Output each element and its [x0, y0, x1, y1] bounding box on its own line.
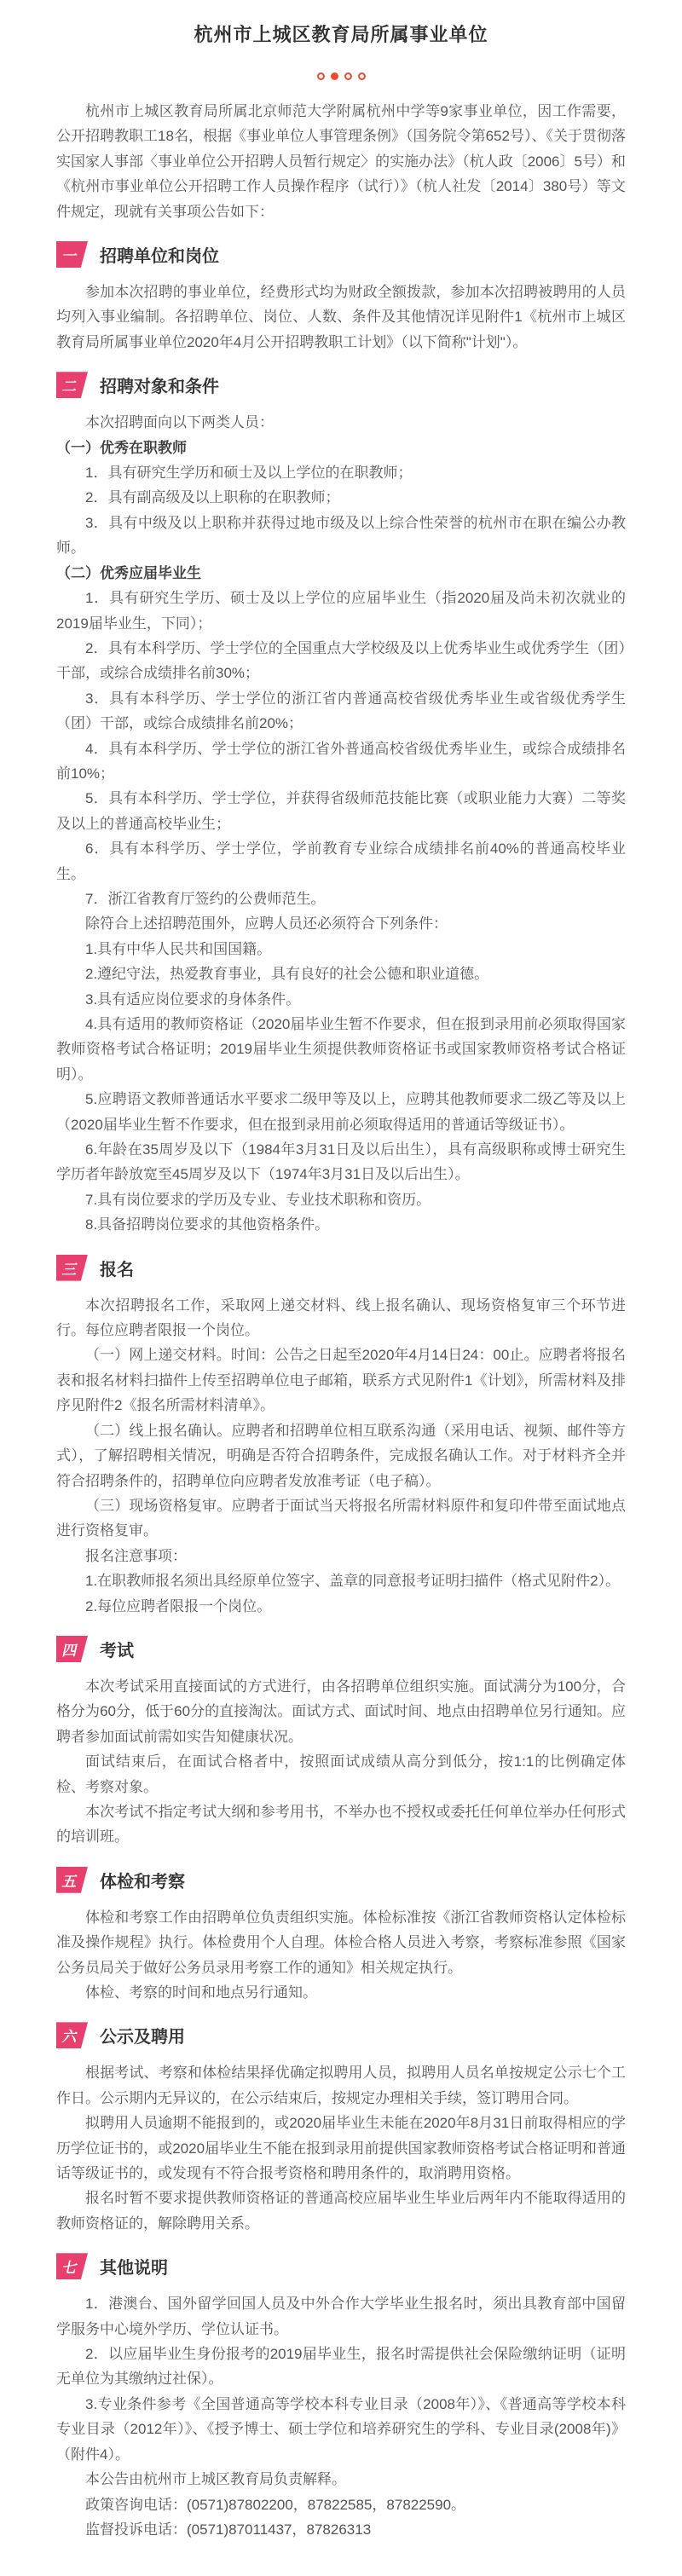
announcement-document: 杭州市上城区教育局所属事业单位 杭州市上城区教育局所属北京师范大学附属杭州中学等… [0, 0, 682, 2576]
section-header: 七 其他说明 [56, 2253, 626, 2279]
section-number-badge: 七 [56, 2253, 88, 2279]
section: 六 公示及聘用 根据考试、考察和体检结果择优确定拟聘用人员，拟聘用人员名单按规定… [56, 2022, 626, 2236]
paragraph: 1．具有研究生学历、硕士及以上学位的应届毕业生（指2020届及尚未初次就业的20… [56, 586, 626, 636]
section-title: 其他说明 [100, 2254, 168, 2279]
section: 二 招聘对象和条件 本次招聘面向以下两类人员：（一）优秀在职教师1．具有研究生学… [56, 372, 626, 1237]
section-body: 本次考试采用直接面试的方式进行，由各招聘单位组织实施。面试满分为100分，合格分… [56, 1674, 626, 1850]
sections-container: 一 招聘单位和岗位 参加本次招聘的事业单位，经费形式均为财政全额拨款，参加本次招… [56, 241, 626, 2542]
pagination-dot[interactable] [358, 72, 366, 80]
section-number: 七 [61, 2255, 79, 2277]
section: 四 考试 本次考试采用直接面试的方式进行，由各招聘单位组织实施。面试满分为100… [56, 1636, 626, 1850]
paragraph: 拟聘用人员逾期不能报到的，或2020届毕业生未能在2020年8月31日前取得相应… [56, 2111, 626, 2186]
paragraph: 参加本次招聘的事业单位，经费形式均为财政全额拨款，参加本次招聘被聘用的人员均列入… [56, 280, 626, 355]
paragraph: 报名注意事项： [56, 1544, 626, 1568]
paragraph: 3．具有本科学历、学士学位的浙江省内普通高校省级优秀毕业生或省级优秀学生（团）干… [56, 686, 626, 736]
paragraph: 体检、考察的时间和地点另行通知。 [56, 1980, 626, 2005]
section-number-badge: 四 [56, 1636, 88, 1662]
section-body: 根据考试、考察和体检结果择优确定拟聘用人员，拟聘用人员名单按规定公示七个工作日。… [56, 2060, 626, 2236]
paragraph: 本次考试不指定考试大纲和参考用书，不举办也不授权或委托任何单位举办任何形式的培训… [56, 1799, 626, 1850]
section-number: 四 [61, 1638, 79, 1660]
paragraph: 1．港澳台、国外留学回国人员及中外合作大学毕业生报名时，须出具教育部中国留学服务… [56, 2291, 626, 2342]
section-header: 四 考试 [56, 1636, 626, 1662]
paragraph: 7．浙江省教育厅签约的公费师范生。 [56, 887, 626, 911]
paragraph: 1.具有中华人民共和国国籍。 [56, 937, 626, 962]
section: 五 体检和考察 体检和考察工作由招聘单位负责组织实施。体检标准按《浙江省教师资格… [56, 1867, 626, 2006]
paragraph: 2．具有副高级及以上职称的在职教师； [56, 485, 626, 510]
paragraph: 体检和考察工作由招聘单位负责组织实施。体检标准按《浙江省教师资格认定体检标准及操… [56, 1905, 626, 1980]
section-number-badge: 六 [56, 2022, 88, 2048]
paragraph: （一）网上递交材料。时间：公告之日起至2020年4月14日24：00止。应聘者将… [56, 1343, 626, 1418]
section-header: 五 体检和考察 [56, 1867, 626, 1893]
section-number-badge: 二 [56, 372, 88, 398]
paragraph: 5.应聘语文教师普通话水平要求二级甲等及以上，应聘其他教师要求二级乙等及以上（2… [56, 1087, 626, 1137]
section-body: 1．港澳台、国外留学回国人员及中外合作大学毕业生报名时，须出具教育部中国留学服务… [56, 2291, 626, 2542]
page-title: 杭州市上城区教育局所属事业单位 [56, 20, 626, 47]
pagination-dots [56, 72, 626, 80]
section-header: 三 报名 [56, 1255, 626, 1281]
section-number: 三 [61, 1257, 79, 1279]
paragraph: 3．具有中级及以上职称并获得过地市级及以上综合性荣誉的杭州市在职在编公办教师。 [56, 511, 626, 561]
paragraph: 除符合上述招聘范围外，应聘人员还必须符合下列条件： [56, 911, 626, 936]
section-title: 考试 [100, 1637, 134, 1661]
paragraph: 2.每位应聘者限报一个岗位。 [56, 1594, 626, 1619]
section-number-badge: 一 [56, 241, 88, 268]
paragraph: 2.遵纪守法，热爱教育事业，具有良好的社会公德和职业道德。 [56, 962, 626, 986]
section: 一 招聘单位和岗位 参加本次招聘的事业单位，经费形式均为财政全额拨款，参加本次招… [56, 241, 626, 355]
paragraph: 政策咨询电话：(0571)87802200，87822585，87822590。 [56, 2492, 626, 2517]
paragraph: 本次考试采用直接面试的方式进行，由各招聘单位组织实施。面试满分为100分，合格分… [56, 1674, 626, 1749]
section-header: 六 公示及聘用 [56, 2022, 626, 2048]
pagination-dot[interactable] [331, 72, 338, 80]
paragraph: 监督投诉电话：(0571)87011437，87826313 [56, 2517, 626, 2542]
paragraph: 3.具有适应岗位要求的身体条件。 [56, 987, 626, 1012]
section-title: 招聘对象和条件 [100, 373, 219, 397]
paragraph: 4.具有适用的教师资格证（2020届毕业生暂不作要求，但在报到录用前必须取得国家… [56, 1012, 626, 1087]
paragraph: 本次招聘报名工作，采取网上递交材料、线上报名确认、现场资格复审三个环节进行。每位… [56, 1293, 626, 1343]
intro-paragraph: 杭州市上城区教育局所属北京师范大学附属杭州中学等9家事业单位，因工作需要，公开招… [56, 99, 626, 224]
section: 七 其他说明 1．港澳台、国外留学回国人员及中外合作大学毕业生报名时，须出具教育… [56, 2253, 626, 2542]
paragraph: 5．具有本科学历、学士学位，并获得省级师范技能比赛（或职业能力大赛）二等奖及以上… [56, 786, 626, 836]
section-number-badge: 三 [56, 1255, 88, 1281]
paragraph: （三）现场资格复审。应聘者于面试当天将报名所需材料原件和复印件带至面试地点进行资… [56, 1493, 626, 1544]
section-number: 五 [61, 1869, 79, 1891]
section-number: 六 [61, 2024, 79, 2046]
paragraph: 本次招聘面向以下两类人员： [56, 410, 626, 435]
section-body: 本次招聘报名工作，采取网上递交材料、线上报名确认、现场资格复审三个环节进行。每位… [56, 1293, 626, 1619]
paragraph: 根据考试、考察和体检结果择优确定拟聘用人员，拟聘用人员名单按规定公示七个工作日。… [56, 2060, 626, 2111]
paragraph: 2．以应届毕业生身份报考的2019届毕业生，报名时需提供社会保险缴纳证明（证明无… [56, 2342, 626, 2392]
paragraph: 2．具有本科学历、学士学位的全国重点大学校级及以上优秀毕业生或优秀学生（团）干部… [56, 636, 626, 686]
paragraph: 本公告由杭州市上城区教育局负责解释。 [56, 2467, 626, 2492]
section-number: 二 [61, 374, 79, 396]
paragraph: 6.年龄在35周岁及以下（1984年3月31日及以后出生），具有高级职称或博士研… [56, 1137, 626, 1187]
subheading: （一）优秀在职教师 [56, 436, 626, 460]
section: 三 报名 本次招聘报名工作，采取网上递交材料、线上报名确认、现场资格复审三个环节… [56, 1255, 626, 1619]
paragraph: 7.具有岗位要求的学历及专业、专业技术职称和资历。 [56, 1187, 626, 1212]
section-body: 参加本次招聘的事业单位，经费形式均为财政全额拨款，参加本次招聘被聘用的人员均列入… [56, 280, 626, 355]
section-body: 本次招聘面向以下两类人员：（一）优秀在职教师1．具有研究生学历和硕士及以上学位的… [56, 410, 626, 1237]
section-header: 二 招聘对象和条件 [56, 372, 626, 398]
section-title: 公示及聘用 [100, 2023, 185, 2048]
section-body: 体检和考察工作由招聘单位负责组织实施。体检标准按《浙江省教师资格认定体检标准及操… [56, 1905, 626, 2006]
paragraph: 3.专业条件参考《全国普通高等学校本科专业目录（2008年）》、《普通高等学校本… [56, 2392, 626, 2467]
paragraph: 1.在职教师报名须出具经原单位签字、盖章的同意报考证明扫描件（格式见附件2）。 [56, 1568, 626, 1593]
paragraph: 6．具有本科学历、学士学位，学前教育专业综合成绩排名前40%的普通高校毕业生。 [56, 836, 626, 887]
section-title: 招聘单位和岗位 [100, 242, 219, 267]
pagination-dot[interactable] [317, 72, 325, 80]
subheading: （二）优秀应届毕业生 [56, 561, 626, 586]
pagination-dot[interactable] [344, 72, 352, 80]
section-number: 一 [61, 244, 79, 265]
paragraph: 8.具备招聘岗位要求的其他资格条件。 [56, 1212, 626, 1237]
paragraph: 1．具有研究生学历和硕士及以上学位的在职教师； [56, 460, 626, 485]
section-title: 体检和考察 [100, 1868, 185, 1892]
section-header: 一 招聘单位和岗位 [56, 241, 626, 268]
section-number-badge: 五 [56, 1867, 88, 1893]
section-title: 报名 [100, 1256, 134, 1280]
paragraph: （二）线上报名确认。应聘者和招聘单位相互联系沟通（采用电话、视频、邮件等方式），… [56, 1418, 626, 1493]
paragraph: 报名时暂不要求提供教师资格证的普通高校应届毕业生毕业后两年内不能取得适用的教师资… [56, 2186, 626, 2236]
paragraph: 面试结束后，在面试合格者中，按照面试成绩从高分到低分，按1:1的比例确定体检、考… [56, 1749, 626, 1799]
paragraph: 4．具有本科学历、学士学位的浙江省外普通高校省级优秀毕业生，或综合成绩排名前10… [56, 736, 626, 787]
